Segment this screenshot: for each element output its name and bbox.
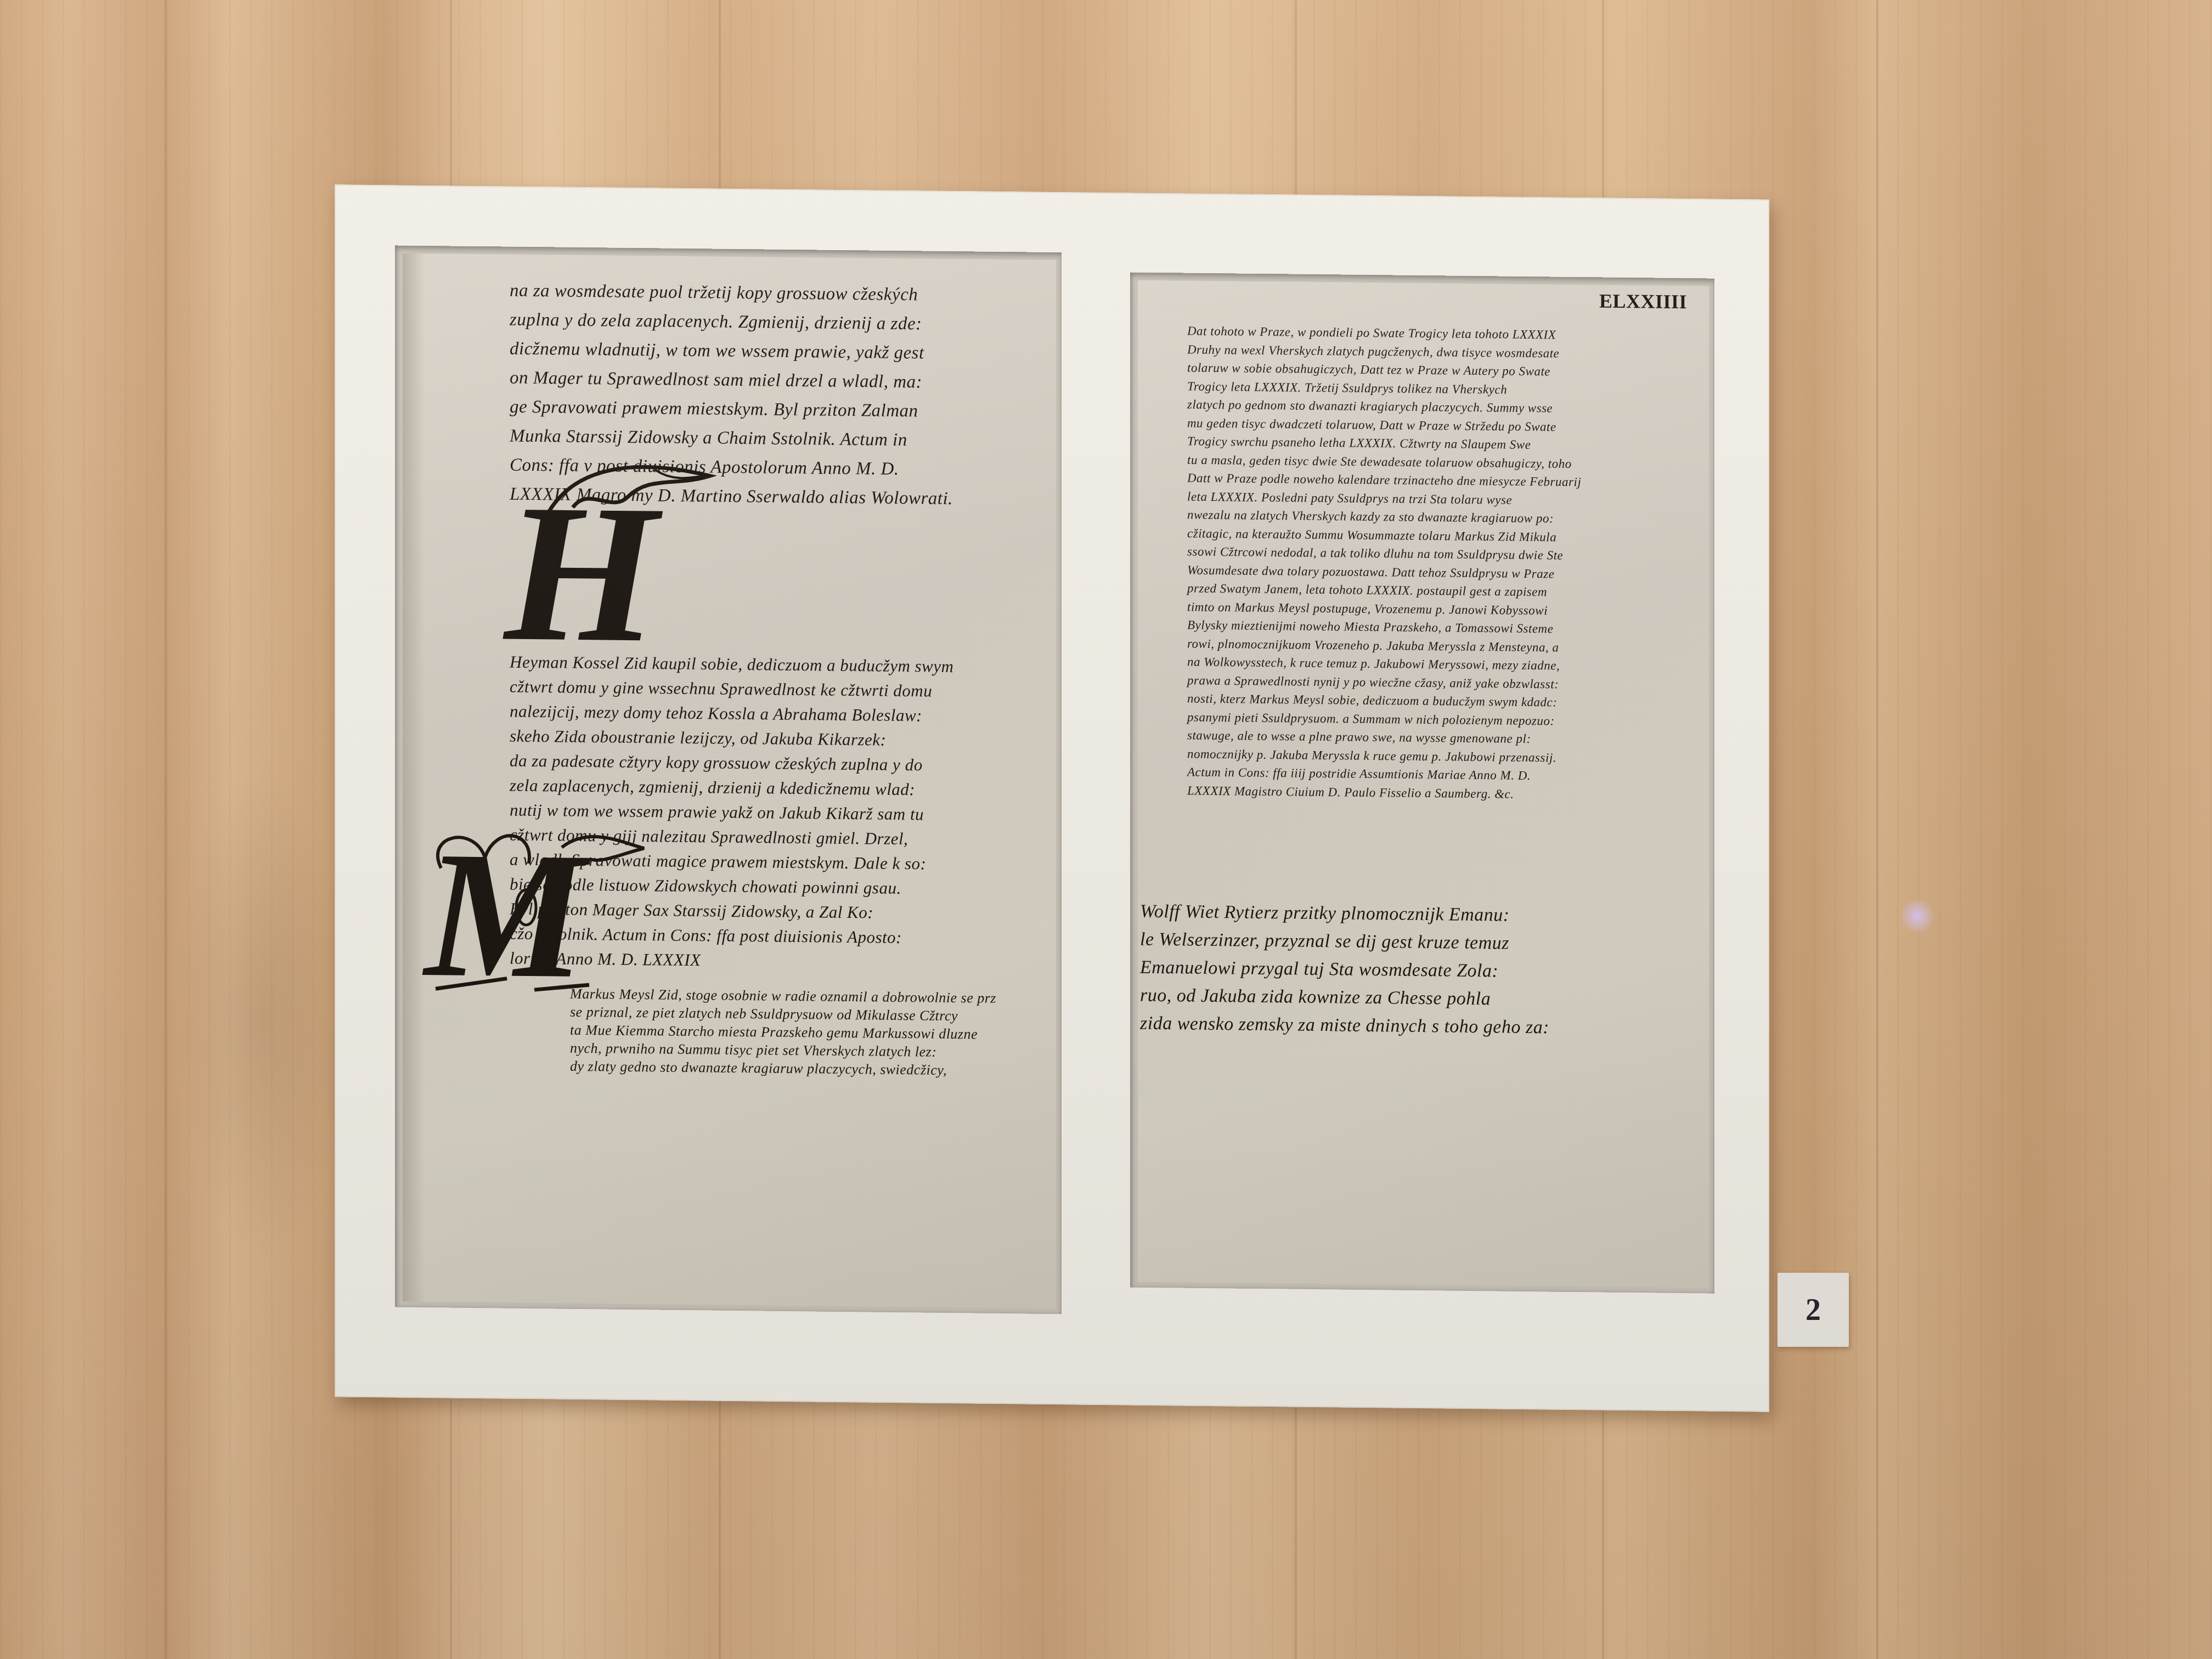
picture-frame-mat: na za wosmdesate puol tržetij kopy gross… [335,184,1769,1412]
manuscript-line: le Welserzinzer, przyznal se dij gest kr… [1140,926,1549,958]
manuscript-line: dicžnemu wladnutij, w tom we wssem prawi… [510,335,953,368]
folio-number: ELXXIIII [1599,289,1687,313]
manuscript-page-left: na za wosmdesate puol tržetij kopy gross… [403,253,1056,1308]
manuscript-line: Munka Starssij Zidowsky a Chaim Sstolnik… [510,422,953,455]
manuscript-line: zuplna y do zela zaplacenych. Zgmienij, … [510,306,953,339]
page-edge-shadow [403,253,425,1302]
manuscript-line: na za wosmdesate puol tržetij kopy gross… [510,276,953,310]
manuscript-line: ge Spravowati prawem miestskym. Byl przi… [510,393,953,426]
manuscript-line: on Mager tu Sprawedlnost sam miel drzel … [510,364,953,397]
left-page-text-block-3: Markus Meysl Zid, stoge osobnie w radie … [570,985,996,1080]
manuscript-line: Wolff Wiet Rytierz przitky plnomocznijk … [1140,898,1549,930]
manuscript-line: ruo, od Jakuba zida kownize za Chesse po… [1140,981,1549,1014]
manuscript-line: dy zlaty gedno sto dwanazte kragiaruw pl… [570,1057,996,1080]
right-page-window: ELXXIIII Dat tohoto w Praze, w pondieli … [1130,272,1714,1293]
manuscript-line: zida wensko zemsky za miste dninych s to… [1140,1009,1549,1042]
reflection-smudge [176,768,351,1262]
right-page-text-block-2: Wolff Wiet Rytierz przitky plnomocznijk … [1140,898,1549,1042]
initial-m-ornament-icon [425,824,655,1007]
right-page-text-block-1: Dat tohoto w Praze, w pondieli po Swate … [1187,322,1581,804]
left-page-window: na za wosmdesate puol tržetij kopy gross… [395,245,1062,1314]
exhibit-number-label: 2 [1778,1273,1849,1347]
manuscript-line: Emanuelowi przygal tuj Sta wosmdesate Zo… [1140,953,1549,986]
exhibit-number: 2 [1805,1293,1821,1328]
light-reflection [1898,900,1937,933]
manuscript-page-right: ELXXIIII Dat tohoto w Praze, w pondieli … [1138,280,1709,1288]
initial-flourish-icon [540,452,721,531]
